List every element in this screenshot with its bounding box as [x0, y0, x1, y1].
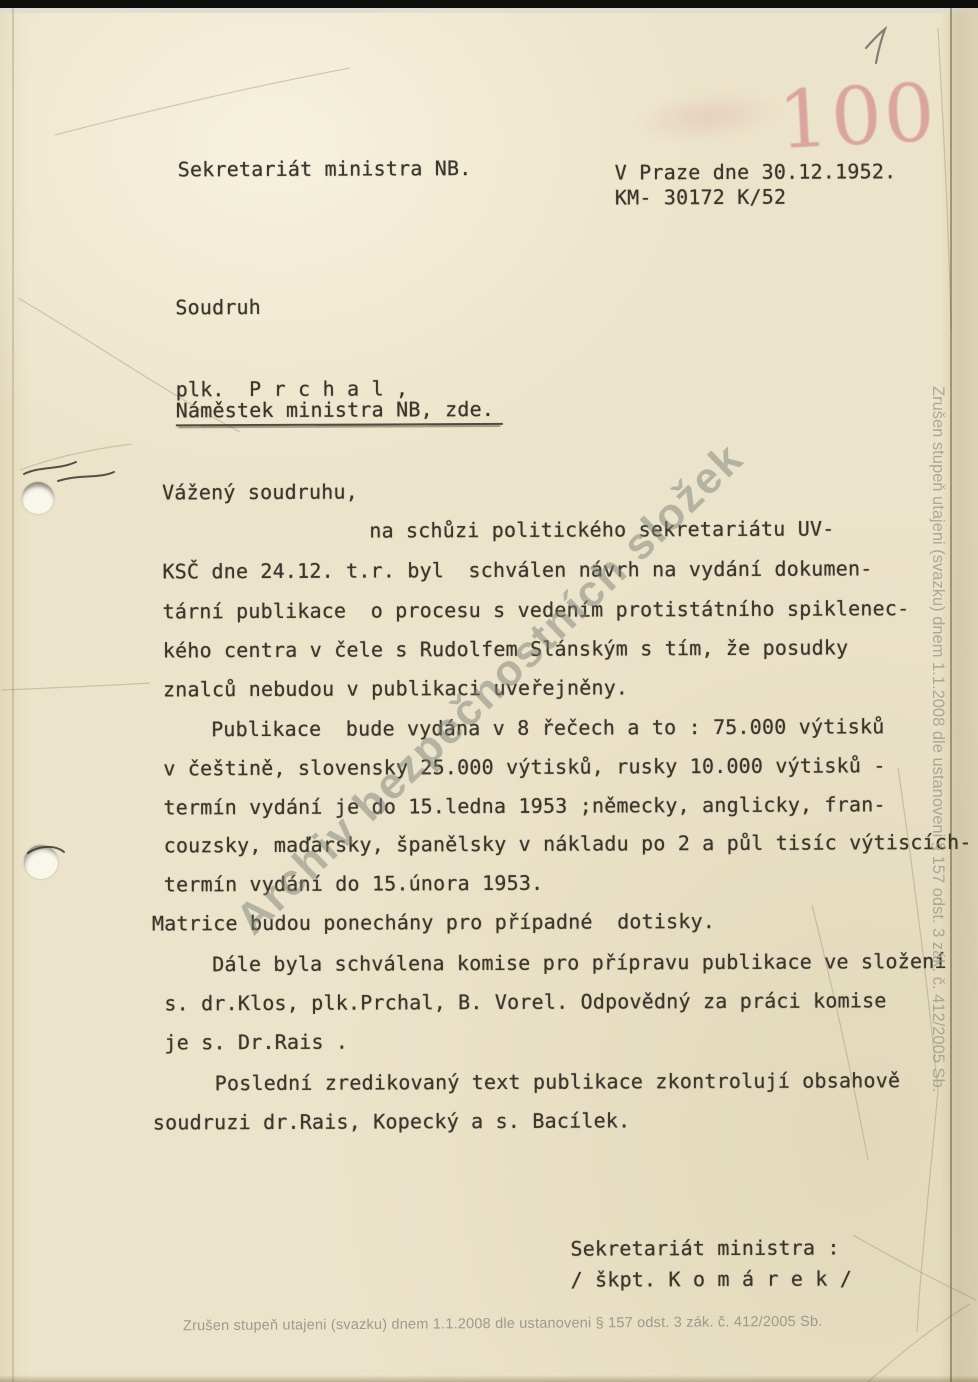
header-place-date: V Praze dne 30.12.1952.: [615, 159, 897, 184]
body-line: termín vydání do 15.února 1953.: [164, 871, 544, 897]
body-line: kého centra v čele s Rudolfem Slánským s…: [163, 635, 849, 662]
body-line: na schůzi politického sekretariátu UV-: [369, 516, 834, 542]
scanner-edge-bottom: [0, 1375, 978, 1382]
recipient-salutation: Soudruh: [175, 295, 261, 319]
body-line: Matrice budou ponechány pro případné dot…: [152, 909, 715, 935]
document-scan: 100 Sekretariát ministra NB. V Praze dne…: [0, 0, 978, 1382]
body-line: Publikace bude vydána v 8 řečech a to : …: [211, 714, 884, 741]
punch-hole-top: [22, 482, 54, 514]
body-line: v češtině, slovensky 25.000 výtisků, rus…: [163, 753, 885, 780]
greeting: Vážený soudruhu,: [162, 480, 358, 505]
body-line: termín vydání je do 15.ledna 1953 ;němec…: [163, 792, 885, 819]
body-line: znalců nebudou v publikaci uveřejněny.: [163, 675, 628, 701]
header-reference: KM- 30172 K/52: [615, 185, 786, 210]
body-line: KSČ dne 24.12. t.r. byl schválen návrh n…: [162, 556, 872, 583]
punch-hole-bottom: [24, 845, 58, 879]
body-line: je s. Dr.Rais .: [164, 1030, 348, 1055]
recipient-title: Náměstek ministra NB, zde.: [176, 397, 503, 426]
body-line: soudruzi dr.Rais, Kopecký a s. Bacílek.: [153, 1108, 631, 1134]
header-sender: Sekretariát ministra NB.: [178, 156, 472, 181]
body-line: Poslední zredikovaný text publikace zkon…: [215, 1068, 901, 1095]
body-line: s. dr.Klos, plk.Prchal, B. Vorel. Odpově…: [164, 988, 886, 1015]
signature-name: / škpt. K o m á r e k /: [571, 1266, 853, 1291]
signature-org: Sekretariát ministra :: [570, 1235, 839, 1260]
body-line: tární publikace o procesu s vedením prot…: [163, 596, 910, 623]
typed-letter: Sekretariát ministra NB. V Praze dne 30.…: [0, 0, 978, 1382]
body-line: Dále byla schválena komise pro přípravu …: [212, 949, 947, 976]
body-line: couzsky, maďarsky, španělsky v nákladu p…: [164, 830, 972, 858]
